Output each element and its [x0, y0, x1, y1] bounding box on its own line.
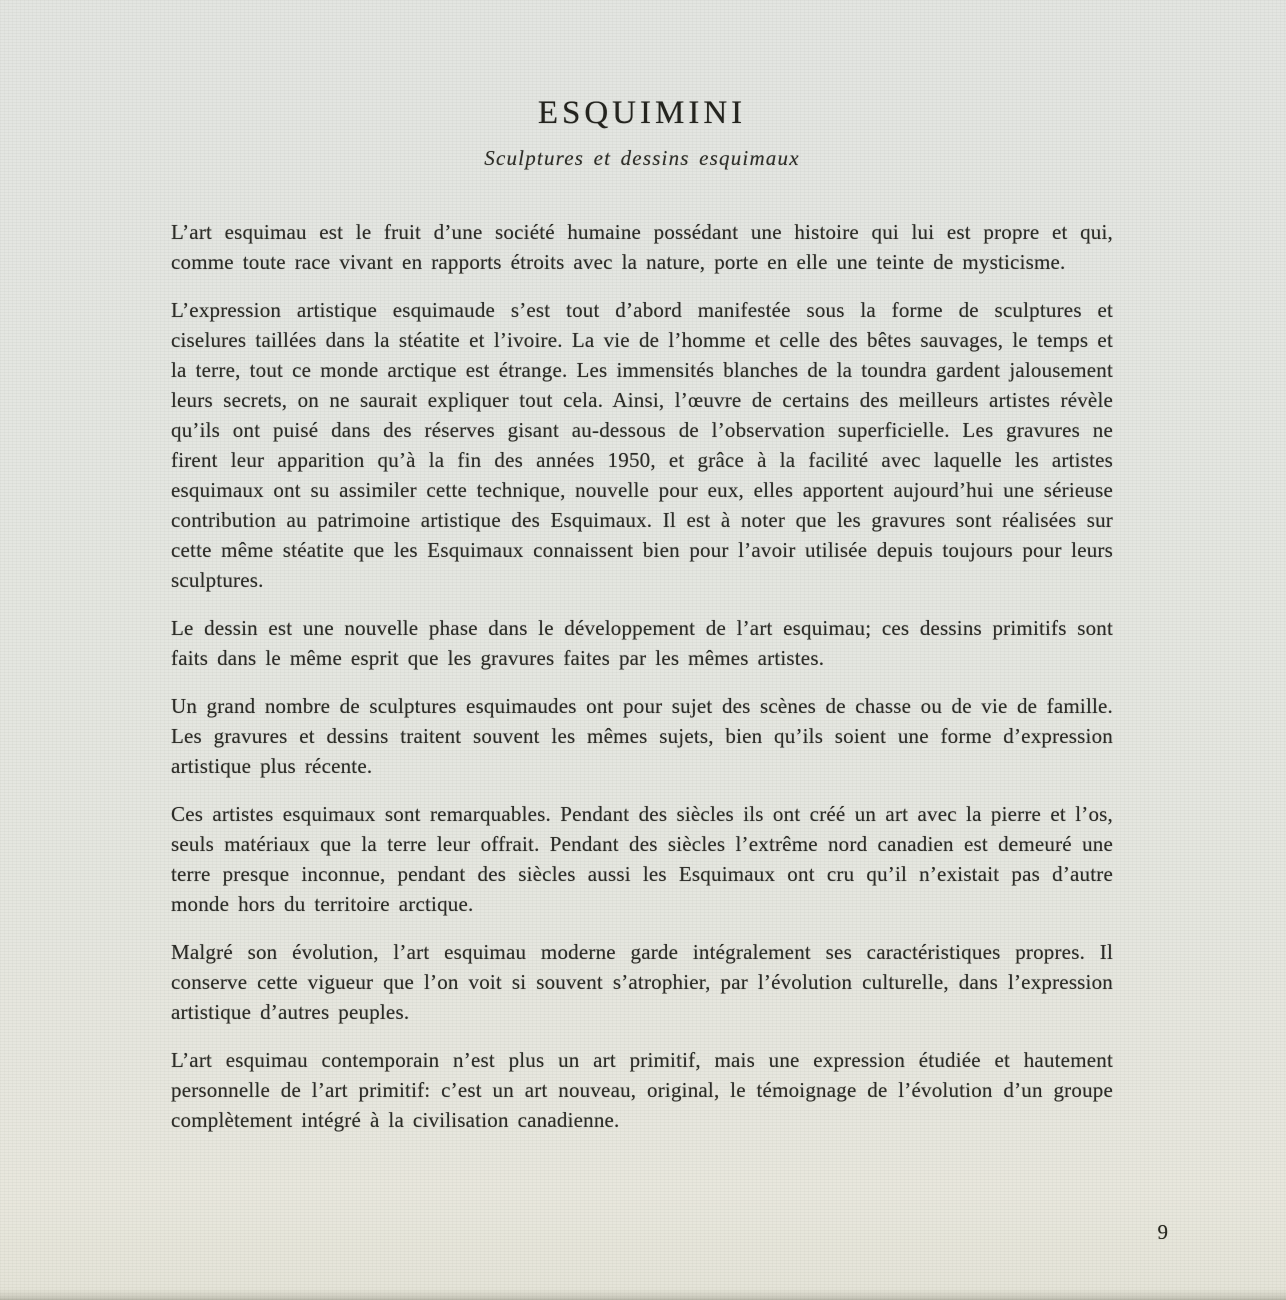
page-subtitle: Sculptures et dessins esquimaux: [171, 145, 1113, 171]
scanned-book-page: ESQUIMINI Sculptures et dessins esquimau…: [0, 0, 1286, 1300]
body-paragraph: Ces artistes esquimaux sont remarquables…: [171, 799, 1113, 919]
page-title: ESQUIMINI: [171, 0, 1113, 132]
body-paragraph: L’art esquimau contemporain n’est plus u…: [171, 1045, 1113, 1135]
page-number: 9: [1158, 1220, 1169, 1245]
body-paragraph: Le dessin est une nouvelle phase dans le…: [171, 613, 1113, 673]
body-copy: L’art esquimau est le fruit d’une sociét…: [171, 217, 1113, 1135]
body-paragraph: L’art esquimau est le fruit d’une sociét…: [171, 217, 1113, 277]
body-paragraph: Un grand nombre de sculptures esquimaude…: [171, 691, 1113, 781]
text-block: ESQUIMINI Sculptures et dessins esquimau…: [171, 0, 1113, 1135]
body-paragraph: L’expression artistique esquimaude s’est…: [171, 295, 1113, 595]
body-paragraph: Malgré son évolution, l’art esquimau mod…: [171, 937, 1113, 1027]
